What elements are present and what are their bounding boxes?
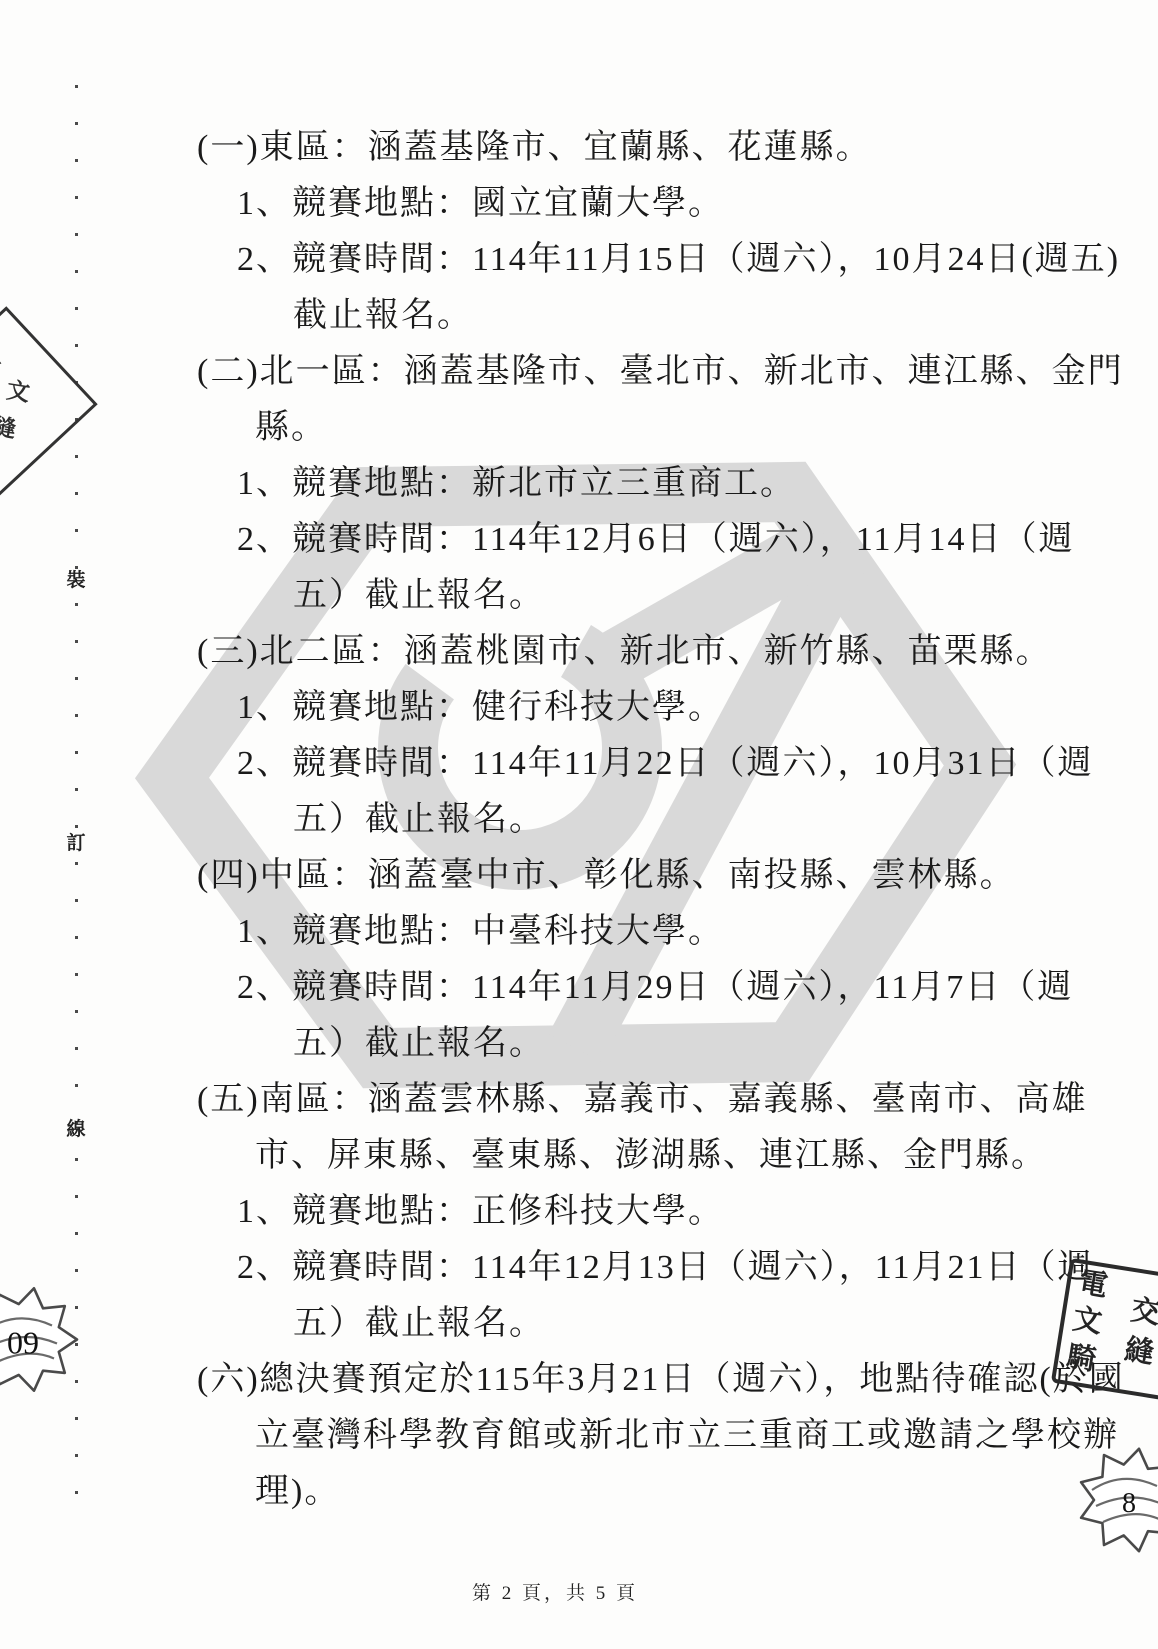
text-line: (五)南區：涵蓋雲林縣、嘉義市、嘉義縣、臺南市、高雄 xyxy=(197,1080,1088,1119)
binding-mark-zhuang: 裝 xyxy=(63,565,89,592)
text-line: 1、競賽地點：健行科技大學。 xyxy=(237,688,724,727)
text-line: 2、競賽時間：114年11月22日（週六），10月31日（週 xyxy=(237,744,1093,783)
text-line: (四)中區：涵蓋臺中市、彰化縣、南投縣、雲林縣。 xyxy=(197,856,1016,895)
text-line: 縣。 xyxy=(255,408,327,447)
text-line: 2、競賽時間：114年12月13日（週六），11月21日（週 xyxy=(237,1248,1093,1287)
seal-char: 縫 xyxy=(0,408,19,444)
seal-char: 交 xyxy=(1129,1296,1158,1329)
text-line: 1、競賽地點：新北市立三重商工。 xyxy=(237,464,796,503)
text-line: 1、競賽地點：中臺科技大學。 xyxy=(237,912,724,951)
text-line: 2、競賽時間：114年11月15日（週六），10月24日(週五) xyxy=(237,240,1120,279)
text-line: 2、競賽時間：114年12月6日（週六），11月14日（週 xyxy=(237,520,1074,559)
binding-mark-ding: 訂 xyxy=(63,828,89,855)
star-stamp-09: 09 xyxy=(0,1282,85,1397)
seal-char: 縫 xyxy=(1123,1336,1156,1369)
text-line: 理)。 xyxy=(255,1472,340,1511)
seal-char: 電 xyxy=(1076,1269,1109,1302)
text-line: (二)北一區：涵蓋基隆市、臺北市、新北市、連江縣、金門 xyxy=(197,352,1124,391)
binding-mark-xian: 線 xyxy=(63,1114,89,1141)
page-footer: 第 2 頁，共 5 頁 xyxy=(472,1578,638,1605)
text-line: 1、競賽地點：國立宜蘭大學。 xyxy=(237,184,724,223)
seal-char: 騎 xyxy=(1065,1343,1098,1376)
text-line: 五）截止報名。 xyxy=(293,1304,545,1343)
text-line: 2、競賽時間：114年11月29日（週六），11月7日（週 xyxy=(237,968,1073,1007)
stamp-number-8: 8 xyxy=(1122,1488,1136,1519)
text-line: 五）截止報名。 xyxy=(293,1024,545,1063)
document-body: (一)東區：涵蓋基隆市、宜蘭縣、花蓮縣。1、競賽地點：國立宜蘭大學。2、競賽時間… xyxy=(0,0,1158,1649)
seal-char: 文 xyxy=(5,372,33,408)
text-line: (一)東區：涵蓋基隆市、宜蘭縣、花蓮縣。 xyxy=(197,128,872,167)
text-line: 截止報名。 xyxy=(293,296,473,335)
text-line: 立臺灣科學教育館或新北市立三重商工或邀請之學校辦 xyxy=(255,1416,1119,1455)
text-line: 五）截止報名。 xyxy=(293,576,545,615)
document-page: 裝 訂 線 電 文 子 縫 (一)東區：涵蓋基隆市、宜蘭縣、花蓮縣。1、競賽地點… xyxy=(0,0,1158,1649)
exchange-paging-seal-bottom-right: 電 文 騎 交 縫 xyxy=(1051,1258,1158,1400)
text-line: 1、競賽地點：正修科技大學。 xyxy=(237,1192,724,1231)
seal-char: 文 xyxy=(1071,1305,1104,1338)
text-line: (六)總決賽預定於115年3月21日（週六），地點待確認(於國 xyxy=(197,1360,1125,1399)
text-line: 市、屏東縣、臺東縣、澎湖縣、連江縣、金門縣。 xyxy=(255,1136,1047,1175)
text-line: (三)北二區：涵蓋桃園市、新北市、新竹縣、苗栗縣。 xyxy=(197,632,1052,671)
stamp-number-09: 09 xyxy=(7,1325,39,1361)
seal-char: 電 xyxy=(0,349,4,385)
text-line: 五）截止報名。 xyxy=(293,800,545,839)
star-stamp-8: 8 xyxy=(1066,1444,1158,1559)
